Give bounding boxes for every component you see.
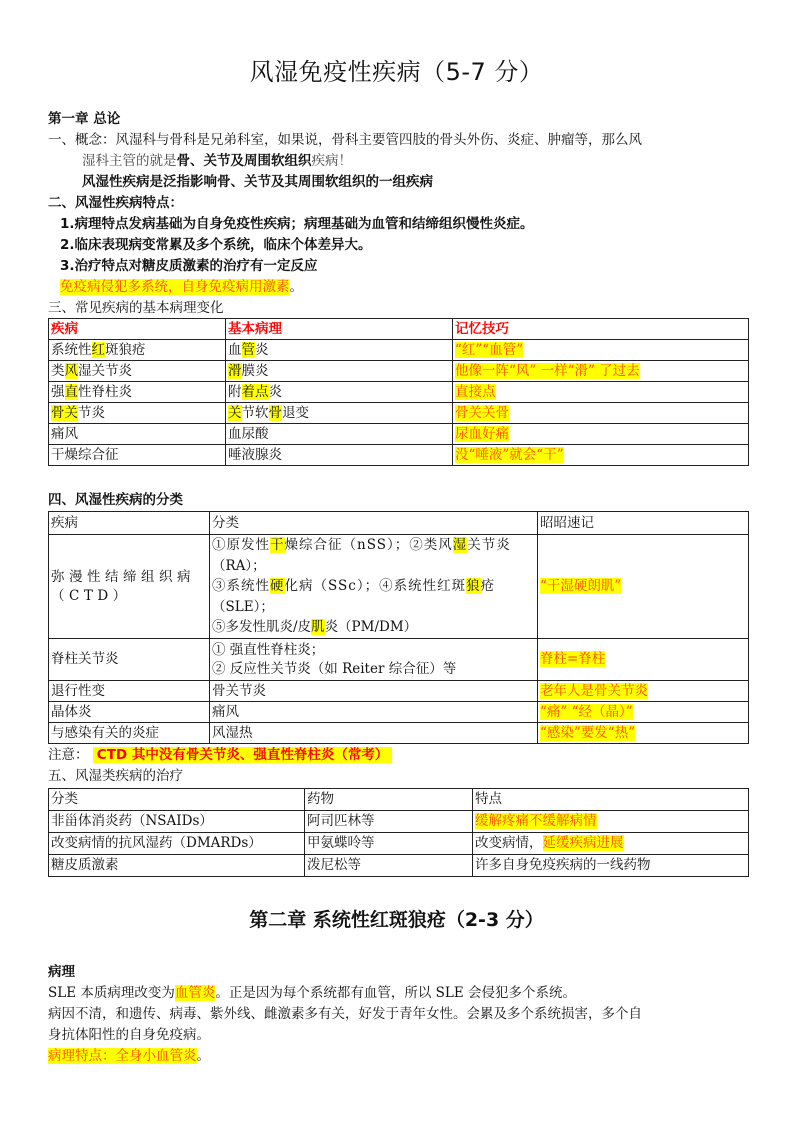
cell-pathology: 血管炎 xyxy=(226,340,453,361)
cell-feature: 缓解疼痛不缓解病情 xyxy=(473,811,749,833)
cell-disease: 晶体炎 xyxy=(49,702,210,723)
chapter2-p3: 病理特点：全身小血管炎。 xyxy=(48,1047,210,1066)
cell-category: 改变病情的抗风湿药（DMARDs） xyxy=(49,833,305,855)
cell-drug: 甲氨蝶呤等 xyxy=(305,833,473,855)
table-row: 系统性红斑狼疮 血管炎 “红”“血管” xyxy=(49,340,749,361)
cell-disease: 与感染有关的炎症 xyxy=(49,723,210,744)
cell-memo: “红”“血管” xyxy=(453,340,749,361)
cell-disease: 脊柱关节炎 xyxy=(49,639,210,681)
table-row: 糖皮质激素 泼尼松等 许多自身免疫疾病的一线药物 xyxy=(49,855,749,877)
cell-memo: 老年人是骨关节炎 xyxy=(538,681,749,702)
table-row: 改变病情的抗风湿药（DMARDs） 甲氨蝶呤等 改变病情，延缓疾病进展 xyxy=(49,833,749,855)
cell-drug: 泼尼松等 xyxy=(305,855,473,877)
cell-classification: 风湿热 xyxy=(210,723,538,744)
features-memo: 免疫病侵犯多系统，自身免疫病用激素。 xyxy=(60,278,303,297)
definition: 风湿性疾病是泛指影响骨、关节及其周围软组织的一组疾病 xyxy=(82,173,433,192)
table-row: 脊柱关节炎 ① 强直性脊柱炎； ② 反应性关节炎（如 Reiter 综合征）等 … xyxy=(49,639,749,681)
chapter2-p2-line2: 身抗体阳性的自身免疫病。 xyxy=(48,1026,210,1045)
table-row: 干燥综合征 唾液腺炎 没“唾液”就会“干” xyxy=(49,445,749,466)
treatment-table: 分类 药物 特点 非甾体消炎药（NSAIDs） 阿司匹林等 缓解疼痛不缓解病情 … xyxy=(48,788,749,877)
cell-disease: 骨关节炎 xyxy=(49,403,226,424)
cell-disease: 类风湿关节炎 xyxy=(49,361,226,382)
cell-memo: 他像一阵“风” 一样“滑” 了过去 xyxy=(453,361,749,382)
feature-1: 1.病理特点发病基础为自身免疫性疾病；病理基础为血管和结缔组织慢性炎症。 xyxy=(60,215,534,234)
cell-pathology: 附着点炎 xyxy=(226,382,453,403)
feature-2: 2.临床表现病变常累及多个系统，临床个体差异大。 xyxy=(60,236,372,255)
table-row: 退行性变 骨关节炎 老年人是骨关节炎 xyxy=(49,681,749,702)
cell-memo: “感染”要发“热” xyxy=(538,723,749,744)
cell-category: 非甾体消炎药（NSAIDs） xyxy=(49,811,305,833)
cell-memo: 没“唾液”就会“干” xyxy=(453,445,749,466)
cell-memo: 脊柱=脊柱 xyxy=(538,639,749,681)
chapter2-heading: 第二章 系统性红斑狼疮（2-3 分） xyxy=(0,905,793,932)
header-disease: 疾病 xyxy=(49,319,226,340)
header-pathology: 基本病理 xyxy=(226,319,453,340)
cell-disease: 痛风 xyxy=(49,424,226,445)
table-header-row: 疾病 分类 昭昭速记 xyxy=(49,512,749,535)
treatment-heading: 五、风湿类疾病的治疗 xyxy=(48,767,183,786)
cell-disease: 退行性变 xyxy=(49,681,210,702)
document-page: 风湿免疫性疾病（5-7 分） 第一章 总论 一、概念：风湿科与骨科是兄弟科室，如… xyxy=(0,0,793,1122)
chapter2-p1: SLE 本质病理改变为血管炎。正是因为每个系统都有血管，所以 SLE 会侵犯多个… xyxy=(48,984,576,1003)
header-memo: 昭昭速记 xyxy=(538,512,749,535)
feature-3: 3.治疗特点对糖皮质激素的治疗有一定反应 xyxy=(60,257,318,276)
cell-disease: 弥漫性结缔组织病（CTD） xyxy=(49,535,210,639)
table-row: 晶体炎 痛风 “痛” “经（晶）” xyxy=(49,702,749,723)
table-header-row: 疾病 基本病理 记忆技巧 xyxy=(49,319,749,340)
header-category: 分类 xyxy=(49,789,305,811)
table-row: 骨关节炎 关节软骨退变 骨关关骨 xyxy=(49,403,749,424)
cell-memo: “干湿硬朗肌” xyxy=(538,535,749,639)
table-row: 类风湿关节炎 滑膜炎 他像一阵“风” 一样“滑” 了过去 xyxy=(49,361,749,382)
cell-pathology: 关节软骨退变 xyxy=(226,403,453,424)
note-label: 注意： xyxy=(48,747,89,763)
chapter2-subheading: 病理 xyxy=(48,963,75,982)
classification-heading: 四、风湿性疾病的分类 xyxy=(48,491,183,510)
cell-memo: 尿血好痛 xyxy=(453,424,749,445)
cell-disease: 系统性红斑狼疮 xyxy=(49,340,226,361)
table-row: 非甾体消炎药（NSAIDs） 阿司匹林等 缓解疼痛不缓解病情 xyxy=(49,811,749,833)
cell-drug: 阿司匹林等 xyxy=(305,811,473,833)
cell-classification: 骨关节炎 xyxy=(210,681,538,702)
cell-pathology: 滑膜炎 xyxy=(226,361,453,382)
concept-bold: 骨、关节及周围软组织 xyxy=(177,153,312,169)
cell-classification: ① 强直性脊柱炎； ② 反应性关节炎（如 Reiter 综合征）等 xyxy=(210,639,538,681)
concept-line2: 湿科主管的就是骨、关节及周围软组织疾病！ xyxy=(82,152,352,171)
table-row: 痛风 血尿酸 尿血好痛 xyxy=(49,424,749,445)
cell-memo: “痛” “经（晶）” xyxy=(538,702,749,723)
table-header-row: 分类 药物 特点 xyxy=(49,789,749,811)
table-row: 与感染有关的炎症 风湿热 “感染”要发“热” xyxy=(49,723,749,744)
cell-pathology: 血尿酸 xyxy=(226,424,453,445)
cell-classification: 痛风 xyxy=(210,702,538,723)
cell-disease: 干燥综合征 xyxy=(49,445,226,466)
features-heading: 二、风湿性疾病特点： xyxy=(48,194,183,213)
header-classification: 分类 xyxy=(210,512,538,535)
note-text: CTD 其中没有骨关节炎、强直性脊柱炎（常考） xyxy=(93,747,393,763)
cell-category: 糖皮质激素 xyxy=(49,855,305,877)
concept-end: 疾病！ xyxy=(312,153,353,169)
cell-feature: 许多自身免疫疾病的一线药物 xyxy=(473,855,749,877)
page-title: 风湿免疫性疾病（5-7 分） xyxy=(0,52,793,87)
header-memo: 记忆技巧 xyxy=(453,319,749,340)
cell-classification: ①原发性干燥综合征（nSS）；②类风湿关节炎 （RA）； ③系统性硬化病（SSc… xyxy=(210,535,538,639)
chapter2-p2-line1: 病因不清，和遗传、病毒、紫外线、雌激素多有关，好发于青年女性。会累及多个系统损害… xyxy=(48,1005,642,1024)
cell-memo: 直接点 xyxy=(453,382,749,403)
concept-text: 湿科主管的就是 xyxy=(82,153,177,169)
note: 注意： CTD 其中没有骨关节炎、强直性脊柱炎（常考） xyxy=(48,746,392,765)
header-drug: 药物 xyxy=(305,789,473,811)
table-row: 弥漫性结缔组织病（CTD） ①原发性干燥综合征（nSS）；②类风湿关节炎 （RA… xyxy=(49,535,749,639)
pathology-heading: 三、常见疾病的基本病理变化 xyxy=(48,299,224,318)
header-feature: 特点 xyxy=(473,789,749,811)
concept-line1: 一、概念：风湿科与骨科是兄弟科室，如果说，骨科主要管四肢的骨头外伤、炎症、肿瘤等… xyxy=(48,131,642,150)
pathology-table: 疾病 基本病理 记忆技巧 系统性红斑狼疮 血管炎 “红”“血管” 类风湿关节炎 … xyxy=(48,318,749,466)
header-disease: 疾病 xyxy=(49,512,210,535)
cell-feature: 改变病情，延缓疾病进展 xyxy=(473,833,749,855)
cell-pathology: 唾液腺炎 xyxy=(226,445,453,466)
classification-table: 疾病 分类 昭昭速记 弥漫性结缔组织病（CTD） ①原发性干燥综合征（nSS）；… xyxy=(48,511,749,744)
memo-highlight: 免疫病侵犯多系统，自身免疫病用激素 xyxy=(60,279,290,295)
cell-memo: 骨关关骨 xyxy=(453,403,749,424)
chapter1-heading: 第一章 总论 xyxy=(48,110,120,129)
table-row: 强直性脊柱炎 附着点炎 直接点 xyxy=(49,382,749,403)
cell-disease: 强直性脊柱炎 xyxy=(49,382,226,403)
